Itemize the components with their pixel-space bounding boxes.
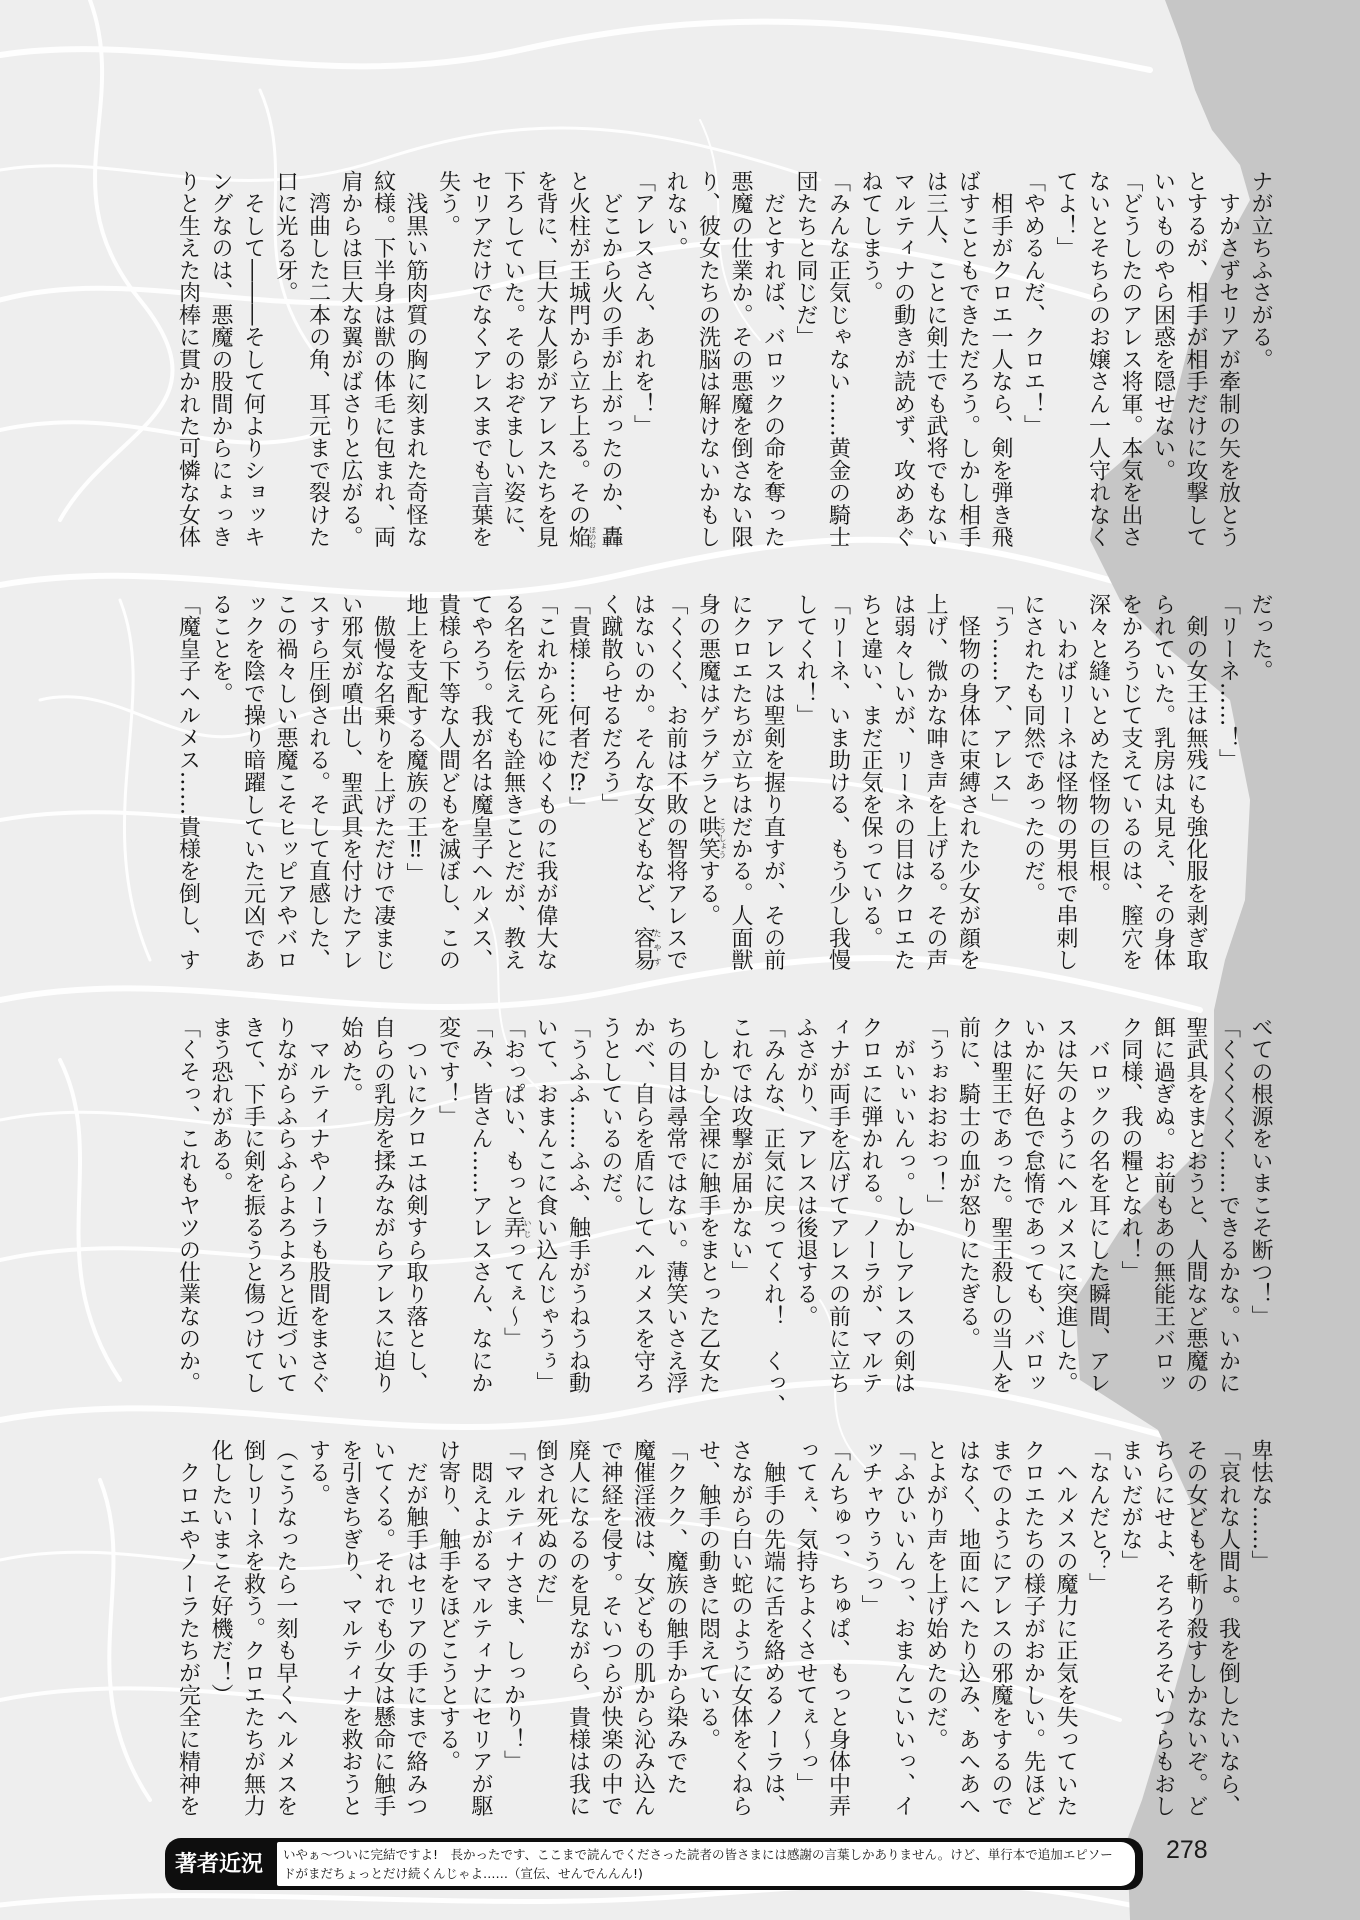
text-column: い邪気が噴出し、聖武具を付けたアレ <box>334 593 367 971</box>
text-column: すかさずセリアが牽制の矢を放とう <box>1211 170 1244 548</box>
text-column: 下ろしていた。そのおぞましい姿に、 <box>496 170 529 548</box>
text-column: までのようにアレスの邪魔をするので <box>984 1439 1017 1817</box>
text-column: 剣の女王は無残にも強化服を剥ぎ取 <box>1179 593 1212 971</box>
text-column: 貴様ら下等な人間どもを滅ぼし、この <box>431 593 464 971</box>
text-column: ッチャウぅうっ」 <box>854 1439 887 1817</box>
text-column: 「リーネ、いま助ける、もう少し我慢 <box>821 593 854 971</box>
text-tier-4: 卑怯な……」 「哀れな人間よ。我を倒したいなら、 その女どもを斬り殺すしかないぞ… <box>171 1439 1276 1817</box>
text-column: クは聖王であった。聖王殺しの当人を <box>984 1016 1017 1394</box>
text-column: だった。 <box>1244 593 1277 971</box>
text-column: 「んちゅっ、ちゅぱ、もっと身体中弄 <box>821 1439 854 1817</box>
text-column: 変です！」 <box>431 1016 464 1394</box>
book-page: ナが立ちふさがる。 すかさずセリアが牽制の矢を放とう とするが、相手が相手だけに… <box>0 0 1360 1920</box>
text-column: りながらふらふらよろよろと近づいて <box>269 1016 302 1394</box>
text-column: 「哀れな人間よ。我を倒したいなら、 <box>1211 1439 1244 1817</box>
text-column: ってぇ、気持ちよくさせてぇ～っ」 <box>789 1439 822 1817</box>
text-column: ヘルメスの魔力に正気を失っていた <box>1049 1439 1082 1817</box>
text-column: （こうなったら一刻も早くヘルメスを <box>269 1439 302 1817</box>
text-column: ィナが両手を広げてアレスの前に立ち <box>821 1016 854 1394</box>
text-column: いかに好色で怠惰であっても、バロッ <box>1016 1016 1049 1394</box>
text-column: この禍々しい悪魔こそヒッピアやバロ <box>269 593 302 971</box>
text-column: と火柱が王城門から立ち上る。その焔 <box>561 170 594 548</box>
text-column: マルティナの動きが読めず、攻めあぐ <box>886 170 919 548</box>
text-column: きて、下手に剣を振るうと傷つけてし <box>236 1016 269 1394</box>
text-column: ングなのは、悪魔の股間からにょっき <box>204 170 237 548</box>
text-column: ク同様、我の糧となれ！」 <box>1114 1016 1147 1394</box>
text-column: せ、触手の動きに悶えている。 <box>691 1439 724 1817</box>
text-column: アレスは聖剣を握り直すが、その前 <box>756 593 789 971</box>
text-tier-3: べての根源をいまこそ断つ！」 「くくくくく……できるかな。いかに 聖武具をまとお… <box>171 1016 1276 1394</box>
text-column: 倒しリーネを救う。クロエたちが無力 <box>236 1439 269 1817</box>
text-column: ついにクロエは剣すら取り落とし、 <box>399 1016 432 1394</box>
text-column: 失う。 <box>431 170 464 548</box>
text-column: いわばリーネは怪物の男根で串刺し <box>1049 593 1082 971</box>
text-column: スは矢のようにヘルメスに突進した。 <box>1049 1016 1082 1394</box>
text-column: 「魔皇子ヘルメス……貴様を倒し、す <box>171 593 204 971</box>
author-note-label: 著者近況 <box>175 1849 275 1879</box>
text-column: 地上を支配する魔族の王‼」 <box>399 593 432 971</box>
text-column: 「どうしたのアレス将軍。本気を出さ <box>1114 170 1147 548</box>
text-column: まいだがな」 <box>1114 1439 1147 1817</box>
text-column: 湾曲した二本の角、耳元まで裂けた <box>301 170 334 548</box>
text-column: 「ククク、魔族の触手から染みでた <box>659 1439 692 1817</box>
text-column: 「う……ア、アレス」 <box>984 593 1017 971</box>
text-column: うとしているのだ。 <box>594 1016 627 1394</box>
text-column: はないのか。そんな女どもなど、容易 <box>626 593 659 971</box>
text-column: 団たちと同じだ」 <box>789 170 822 548</box>
text-column: を引きちぎり、マルティナを救おうと <box>334 1439 367 1817</box>
text-column: はなく、地面にへたり込み、あへあへ <box>951 1439 984 1817</box>
text-column: 卑怯な……」 <box>1244 1439 1277 1817</box>
text-column: 悪魔の仕業か。その悪魔を倒さない限 <box>724 170 757 548</box>
text-column: で神経を侵す。そいつらが快楽の中で <box>594 1439 627 1817</box>
text-column: してくれ！」 <box>789 593 822 971</box>
text-column: にクロエたちが立ちはだかる。人面獣 <box>724 593 757 971</box>
text-column: 化したいまこそ好機だ！） <box>204 1439 237 1817</box>
text-column: 「おっぱい、もっと弄ってぇ～」 <box>496 1016 529 1394</box>
text-column: 倒され死ぬのだ」 <box>529 1439 562 1817</box>
text-column: にされたも同然であったのだ。 <box>1016 593 1049 971</box>
ruby-annotation: ほのお <box>588 526 597 549</box>
text-column: 「くそっ、これもヤツの仕業なのか。 <box>171 1016 204 1394</box>
author-note-text: ドがまだちょっとだけ続くんじゃよ……（宣伝、せんでんんん!) <box>283 1864 1129 1883</box>
text-column: を背に、巨大な人影がアレスたちを見 <box>529 170 562 548</box>
text-column: ばすこともできただろう。しかし相手 <box>951 170 984 548</box>
text-column: 餌に過ぎぬ。お前もあの無能王バロッ <box>1146 1016 1179 1394</box>
text-column: り、彼女たちの洗脳は解けないかもし <box>691 170 724 548</box>
text-tier-1: ナが立ちふさがる。 すかさずセリアが牽制の矢を放とう とするが、相手が相手だけに… <box>171 170 1276 548</box>
text-column: 「くくく、お前は不敗の智将アレスで <box>659 593 692 971</box>
text-column: 深々と縫いとめた怪物の巨根。 <box>1081 593 1114 971</box>
text-column: 紋様。下半身は獣の体毛に包まれ、両 <box>366 170 399 548</box>
text-column: ふさがり、アレスは後退する。 <box>789 1016 822 1394</box>
text-column: だが触手はセリアの手にまで絡みつ <box>399 1439 432 1817</box>
text-column: 肩からは巨大な翼がばさりと広がる。 <box>334 170 367 548</box>
text-column: 上げ、微かな呻き声を上げる。その声 <box>919 593 952 971</box>
text-column: 「うぉおおおっ！」 <box>919 1016 952 1394</box>
text-column: いて、おまんこに食い込んじゃうぅ」 <box>529 1016 562 1394</box>
text-column: とするが、相手が相手だけに攻撃して <box>1179 170 1212 548</box>
ruby-annotation: いじ <box>523 1219 532 1241</box>
text-column: ックを陰で操り暗躍していた元凶であ <box>236 593 269 971</box>
text-column: だとすれば、バロックの命を奪った <box>756 170 789 548</box>
text-column: りと生えた肉棒に貫かれた可憐な女体 <box>171 170 204 548</box>
text-column: しかし全裸に触手をまとった乙女た <box>691 1016 724 1394</box>
text-column: クロエたちの様子がおかしい。先ほど <box>1016 1439 1049 1817</box>
text-column: け寄り、触手をほどこうとする。 <box>431 1439 464 1817</box>
author-note-box: いやぁ～ついに完結ですよ! 長かったです、ここまで読んでくださった読者の皆さまに… <box>277 1842 1135 1886</box>
text-column: 怪物の身体に束縛された少女が顔を <box>951 593 984 971</box>
text-column: ないとそちらのお嬢さん一人守れなく <box>1081 170 1114 548</box>
text-column: 身の悪魔はゲラゲラと哄笑する。 <box>691 593 724 971</box>
text-column: 「み、皆さん……アレスさん、なにか <box>464 1016 497 1394</box>
text-column: 悶えよがるマルティナにセリアが駆 <box>464 1439 497 1817</box>
text-column: する。 <box>301 1439 334 1817</box>
text-column: 自らの乳房を揉みながらアレスに迫り <box>366 1016 399 1394</box>
text-column: 浅黒い筋肉質の胸に刻まれた奇怪な <box>399 170 432 548</box>
text-column: れない。 <box>659 170 692 548</box>
text-column: 傲慢な名乗りを上げただけで凄まじ <box>366 593 399 971</box>
page-number: 278 <box>1166 1836 1208 1865</box>
text-column: 廃人になるのを見ながら、貴様は我に <box>561 1439 594 1817</box>
text-column: べての根源をいまこそ断つ！」 <box>1244 1016 1277 1394</box>
text-column: まう恐れがある。 <box>204 1016 237 1394</box>
text-column: 「マルティナさま、しっかり！」 <box>496 1439 529 1817</box>
text-column: 口に光る牙。 <box>269 170 302 548</box>
text-column: いいものやら困惑を隠せない。 <box>1146 170 1179 548</box>
ruby-annotation: こうしょう <box>718 817 727 859</box>
text-column: 魔催淫液は、女どもの肌から沁み込ん <box>626 1439 659 1817</box>
text-column: 「やめるんだ、クロエ！」 <box>1016 170 1049 548</box>
text-column: 「アレスさん、あれを！」 <box>626 170 659 548</box>
text-column: 「リーネ……！」 <box>1211 593 1244 971</box>
text-column: をかろうじて支えているのは、膣穴を <box>1114 593 1147 971</box>
text-column: 前に、騎士の血が怒りにたぎる。 <box>951 1016 984 1394</box>
author-note: 著者近況 いやぁ～ついに完結ですよ! 長かったです、ここまで読んでくださった読者… <box>165 1838 1143 1890</box>
text-column: てやろう。我が名は魔皇子ヘルメス、 <box>464 593 497 971</box>
text-column: く蹴散らせるだろう」 <box>594 593 627 971</box>
text-column: 相手がクロエ一人なら、剣を弾き飛 <box>984 170 1017 548</box>
text-column: とよがり声を上げ始めたのだ。 <box>919 1439 952 1817</box>
text-column: は弱々しいが、リーネの目はクロエた <box>886 593 919 971</box>
text-column: 「みんな正気じゃない……黄金の騎士 <box>821 170 854 548</box>
text-column: られていた。乳房は丸見え、その身体 <box>1146 593 1179 971</box>
text-column: どこから火の手が上がったのか、轟 <box>594 170 627 548</box>
text-column: 「これから死にゆくものに我が偉大な <box>529 593 562 971</box>
text-column: てよ！」 <box>1049 170 1082 548</box>
text-column: ちらにせよ、そろそろそいつらもおし <box>1146 1439 1179 1817</box>
text-column: 「ふひぃいんっ、おまんこいいっ、イ <box>886 1439 919 1817</box>
text-column: がいぃいんっ。しかしアレスの剣は <box>886 1016 919 1394</box>
text-column: ちの目は尋常ではない。薄笑いさえ浮 <box>659 1016 692 1394</box>
text-column: さながら白い蛇のように女体をくねら <box>724 1439 757 1817</box>
text-tier-2: だった。 「リーネ……！」 剣の女王は無残にも強化服を剥ぎ取 られていた。乳房は… <box>171 593 1276 971</box>
text-column: スすら圧倒される。そして直感した、 <box>301 593 334 971</box>
text-column: 「くくくくく……できるかな。いかに <box>1211 1016 1244 1394</box>
text-column: ねてしまう。 <box>854 170 887 548</box>
text-column: その女どもを斬り殺すしかないぞ。ど <box>1179 1439 1212 1817</box>
text-column: クロエやノーラたちが完全に精神を <box>171 1439 204 1817</box>
text-column: 「貴様……何者だ⁉」 <box>561 593 594 971</box>
text-column: 「みんな、正気に戻ってくれ！ くっ、 <box>756 1016 789 1394</box>
text-column: かべ、自らを盾にしてヘルメスを守ろ <box>626 1016 659 1394</box>
text-column: る名を伝えても詮無きことだが、教え <box>496 593 529 971</box>
text-column: 触手の先端に舌を絡めるノーラは、 <box>756 1439 789 1817</box>
text-column: ることを。 <box>204 593 237 971</box>
text-column: これでは攻撃が届かない」 <box>724 1016 757 1394</box>
text-column: いてくる。それでも少女は懸命に触手 <box>366 1439 399 1817</box>
text-column: ちと違い、まだ正気を保っている。 <box>854 593 887 971</box>
text-column: バロックの名を耳にした瞬間、アレ <box>1081 1016 1114 1394</box>
text-column: セリアだけでなくアレスまでも言葉を <box>464 170 497 548</box>
text-column: クロエに弾かれる。ノーラが、マルテ <box>854 1016 887 1394</box>
ruby-annotation: たやす <box>653 929 662 973</box>
text-column: ナが立ちふさがる。 <box>1244 170 1277 548</box>
author-note-text: いやぁ～ついに完結ですよ! 長かったです、ここまで読んでくださった読者の皆さまに… <box>283 1845 1129 1864</box>
text-column: は三人、ことに剣士でも武将でもない <box>919 170 952 548</box>
text-column: 聖武具をまとおうと、人間など悪魔の <box>1179 1016 1212 1394</box>
text-column: 「なんだと？」 <box>1081 1439 1114 1817</box>
text-column: そして―――そして何よりショッキ <box>236 170 269 548</box>
text-column: マルティナやノーラも股間をまさぐ <box>301 1016 334 1394</box>
text-column: 始めた。 <box>334 1016 367 1394</box>
text-column: 「うふふ……ふふ、触手がうねうね動 <box>561 1016 594 1394</box>
